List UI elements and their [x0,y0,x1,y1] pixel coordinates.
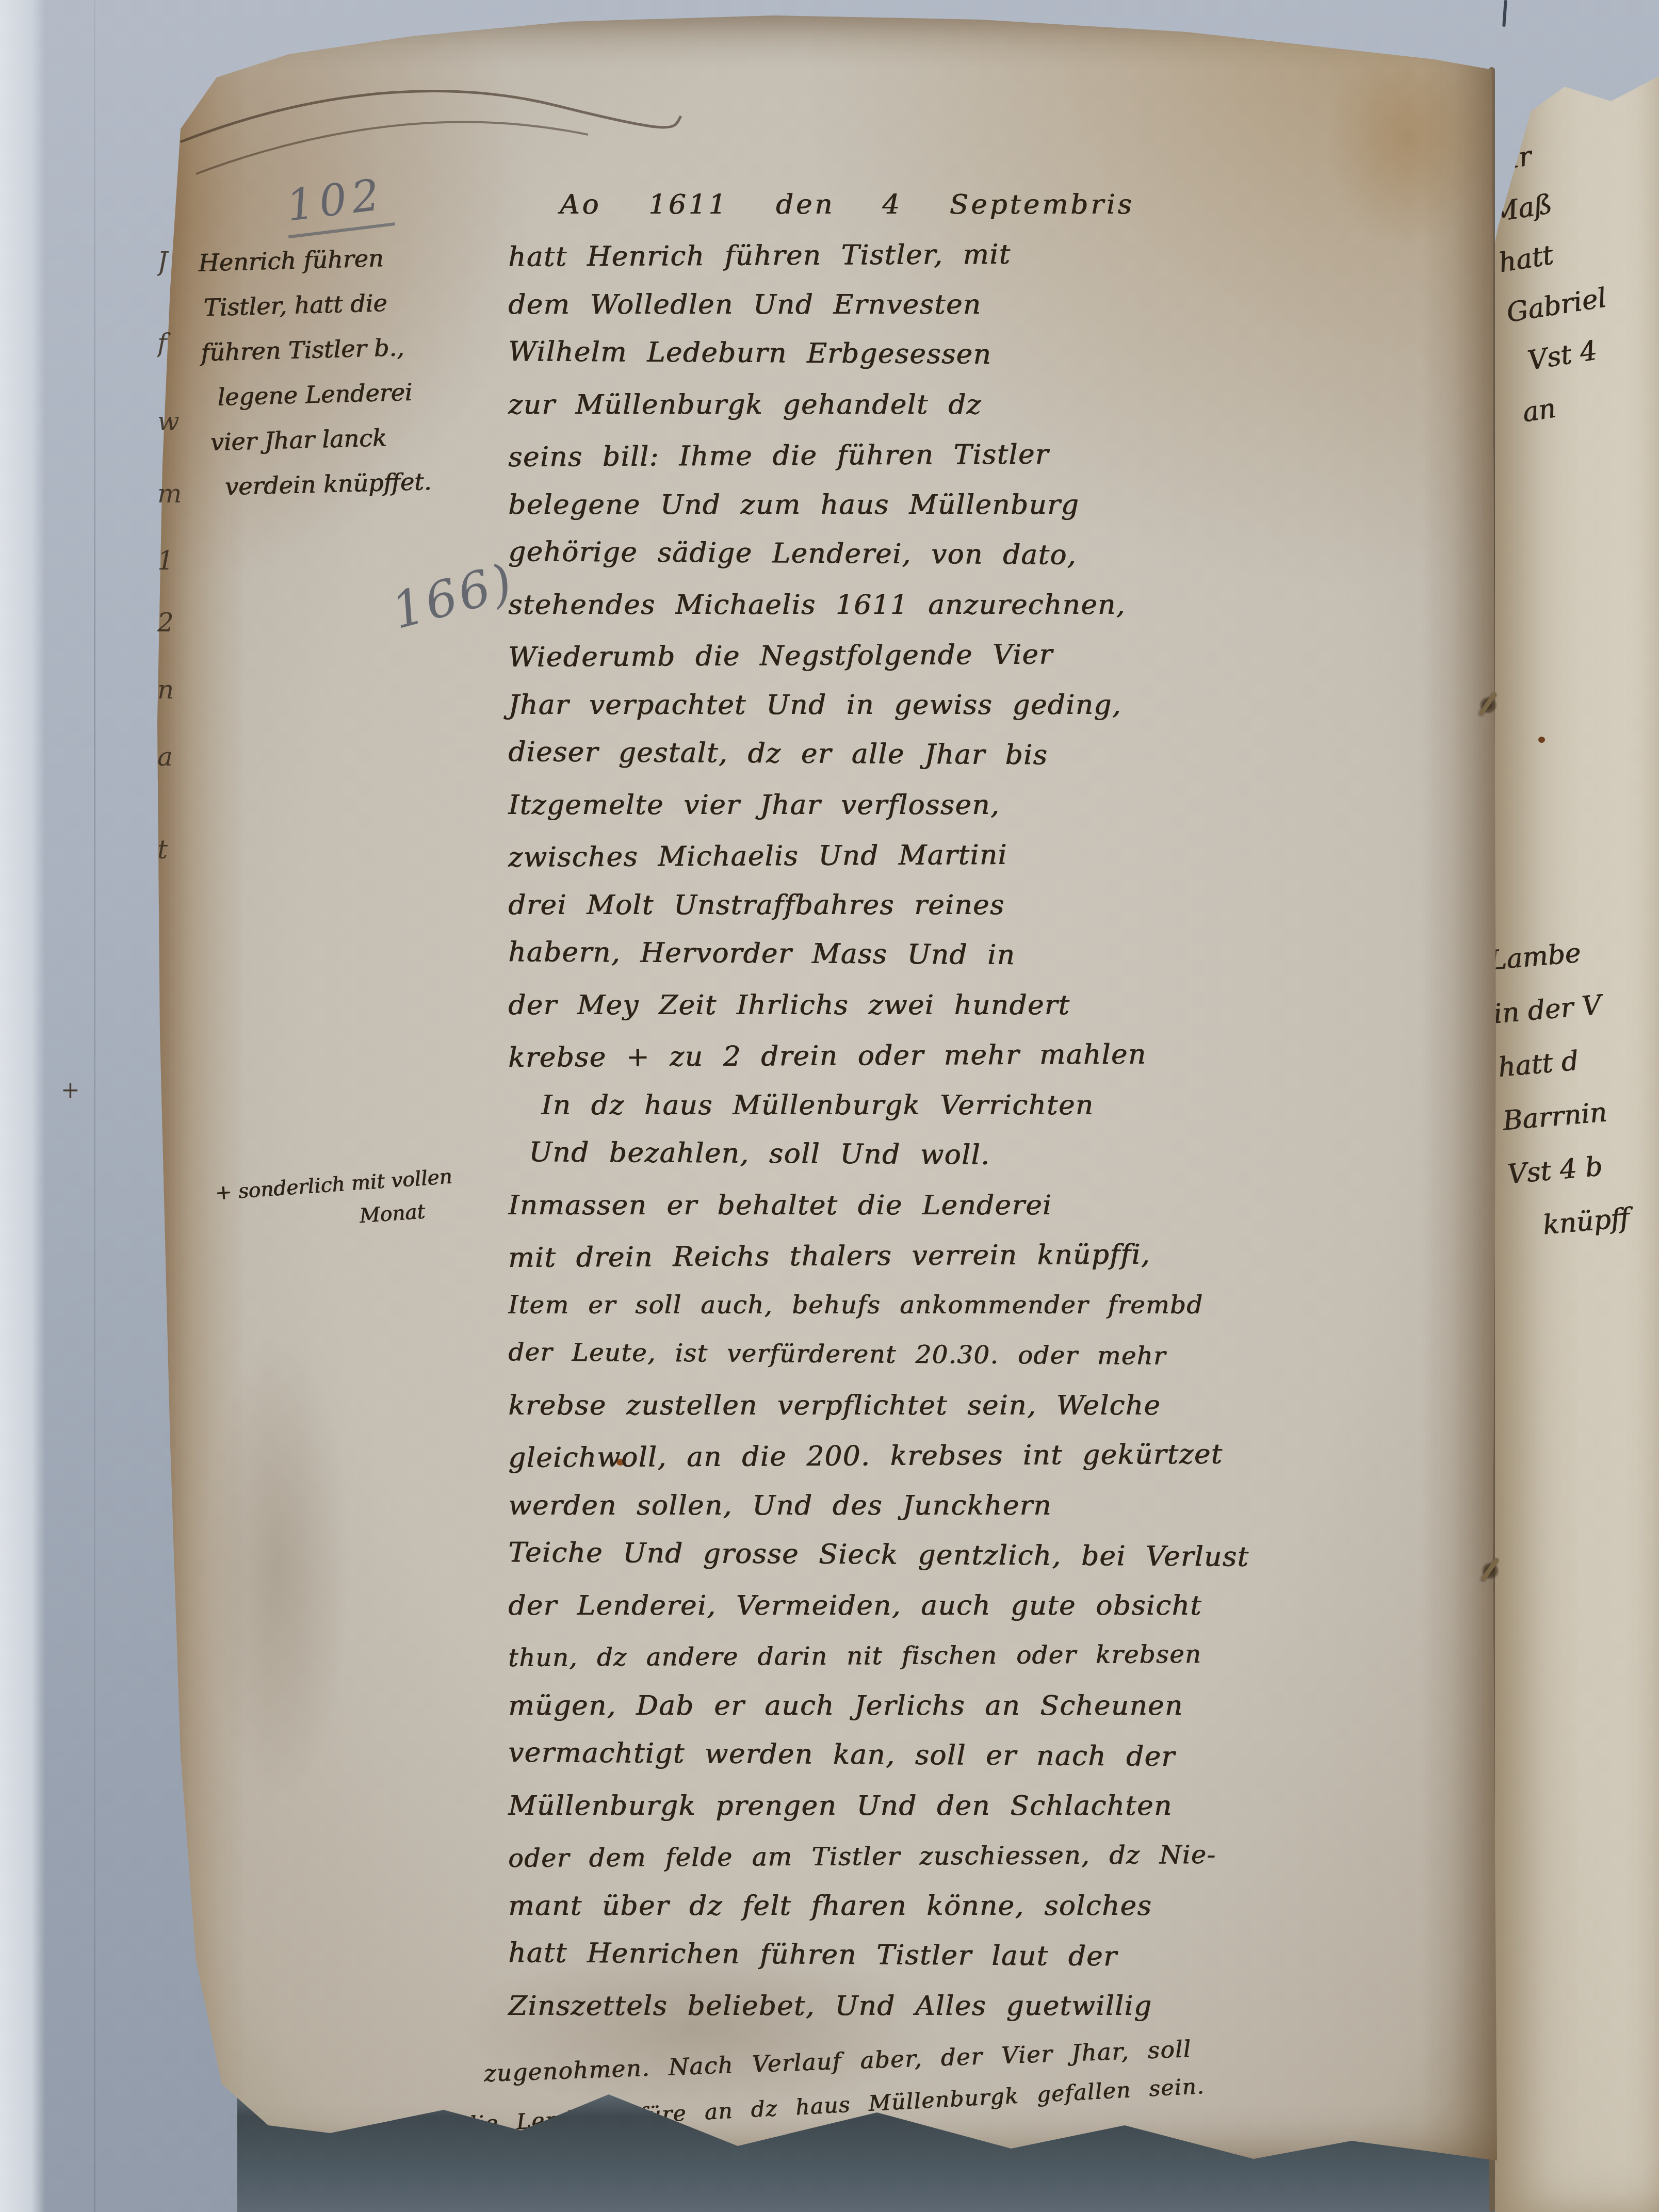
main-text-line: Item er soll auch, behufs ankommender fr… [508,1280,1493,1330]
backdrop-light-strip [0,0,45,2212]
main-text-line: der Mey Zeit Ihrlichs zwei hundert [508,980,1493,1030]
rust-spot [1538,737,1545,743]
pen-flourish [165,39,691,199]
main-text-line: zwisches Michaelis Und Martini [508,827,1493,883]
main-text-line: krebse + zu 2 drein oder mehr mahlen [508,1028,1493,1083]
main-text-line: werden sollen, Und des Junckhern [508,1481,1493,1531]
main-text-line: vermachtigt werden kan, soll er nach der [508,1728,1494,1784]
main-text-line: oder dem felde am Tistler zuschiessen, d… [508,1828,1493,1883]
edge-fragment: a [157,742,190,772]
main-text-line: In dz haus Müllenburgk Verrichten [541,1080,1493,1130]
edge-fragment: n [157,675,190,705]
next-page-line: Lambe [1486,924,1608,988]
main-text-line: dem Wolledlen Und Ernvesten [508,280,1493,330]
edge-cross-mark: + [61,1077,80,1103]
page-number-pencil: 102 [282,168,395,239]
folio-number-pencil: 166) [386,552,521,640]
main-text-line: krebse zustellen verpflichtet sein, Welc… [508,1380,1493,1430]
main-text-line: seins bill: Ihme die führen Tistler [508,427,1493,482]
main-text-line: stehendes Michaelis 1611 anzurechnen, [508,580,1493,630]
main-text-line: hatt Henrich führen Tistler, mit [508,227,1493,282]
main-text-line: der Leute, ist verfürderent 20.30. oder … [508,1327,1494,1384]
main-text-line: thun, dz andere darin nit fischen oder k… [508,1628,1493,1683]
main-text-line: Wiederumb die Negstfolgende Vier [508,627,1493,682]
manuscript-page: 102 166) Henrich führen Tistler, hatt di… [150,10,1497,2172]
next-page-edge: Für Maß hatt Gabriel Vst 4 an Lambe in d… [1495,0,1659,2212]
margin-note-line: legene Lenderei [217,366,543,419]
main-text-line: gehörige sädige Lenderei, von dato, [508,527,1494,583]
main-text-line: habern, Hervorder Mass Und in [508,927,1494,983]
main-text-line: gleichwoll, an die 200. krebses int gekü… [508,1428,1493,1483]
main-text-block: Ao 1611 den 4 Septembris hatt Henrich fü… [508,180,1493,2123]
edge-fragment: w [157,406,190,436]
main-text-line: drei Molt Unstraffbahres reines [508,880,1493,930]
main-text-line: zur Müllenburgk gehandelt dz [508,380,1493,430]
main-text-line: der Lenderei, Vermeiden, auch gute obsic… [508,1581,1493,1631]
main-text-line: Inmassen er behaltet die Lenderei [508,1180,1493,1230]
next-page-text-middle: Lambe in der V hatt d Barrnin Vst 4 b kn… [1486,924,1632,1255]
main-text-line: mit drein Reichs thalers verrein knüpffi… [508,1228,1493,1283]
next-page-line: knüpff [1540,1191,1632,1252]
stray-ink-mark [1502,0,1507,27]
edge-fragment: m [157,479,190,509]
manuscript-photo: Für Maß hatt Gabriel Vst 4 an Lambe in d… [0,0,1659,2212]
main-text-line: Teiche Und grosse Sieck gentzlich, bei V… [508,1527,1494,1584]
binding-stitch [1478,1553,1507,1591]
margin-summary-note: Henrich führen Tistler, hatt die führen … [198,232,545,510]
main-text-line: Wilhelm Ledeburn Erbgesessen [508,327,1494,383]
next-page-line: hatt d [1495,1031,1618,1095]
main-text-line: Müllenburgk prengen Und den Schlachten [508,1781,1493,1831]
next-page-line: in der V [1491,978,1613,1042]
edge-fragment: J [157,247,190,276]
main-text-line: Itzgemelte vier Jhar verflossen, [508,780,1493,830]
main-text-line: hatt Henrichen führen Tistler laut der [508,1928,1494,1984]
margin-note-line: verdein knüpffet. [224,456,545,509]
main-text-line: Jhar verpachtet Und in gewiss geding, [508,680,1493,730]
main-text-line: Ao 1611 den 4 Septembris [560,180,1493,230]
next-page-line: Vst 4 b [1505,1138,1627,1202]
edge-fragment: 2 [157,608,190,638]
binding-stitch [1476,687,1505,725]
main-text-line: Und bezahlen, soll Und woll. [529,1127,1494,1183]
main-text-line: dieser gestalt, dz er alle Jhar bis [508,727,1494,783]
main-text-line: mügen, Dab er auch Jerlichs an Scheunen [508,1681,1493,1731]
edge-fragment: f [157,328,190,358]
next-page-text-top: Für Maß hatt Gabriel Vst 4 an [1479,123,1625,438]
margin-note-line: Tistler, hatt die [203,276,541,330]
next-page-line: Barrnin [1500,1084,1622,1148]
margin-note-line: vier Jhar lanck [209,411,544,465]
main-text-line: mant über dz felt fharen könne, solches [508,1881,1493,1931]
main-text-line: belegene Und zum haus Müllenburg [508,480,1493,530]
edge-fragment: 1 [157,546,190,576]
edge-fragment: t [157,835,190,865]
paper-stain [206,1331,351,1806]
backdrop-seam-line [94,0,95,2212]
